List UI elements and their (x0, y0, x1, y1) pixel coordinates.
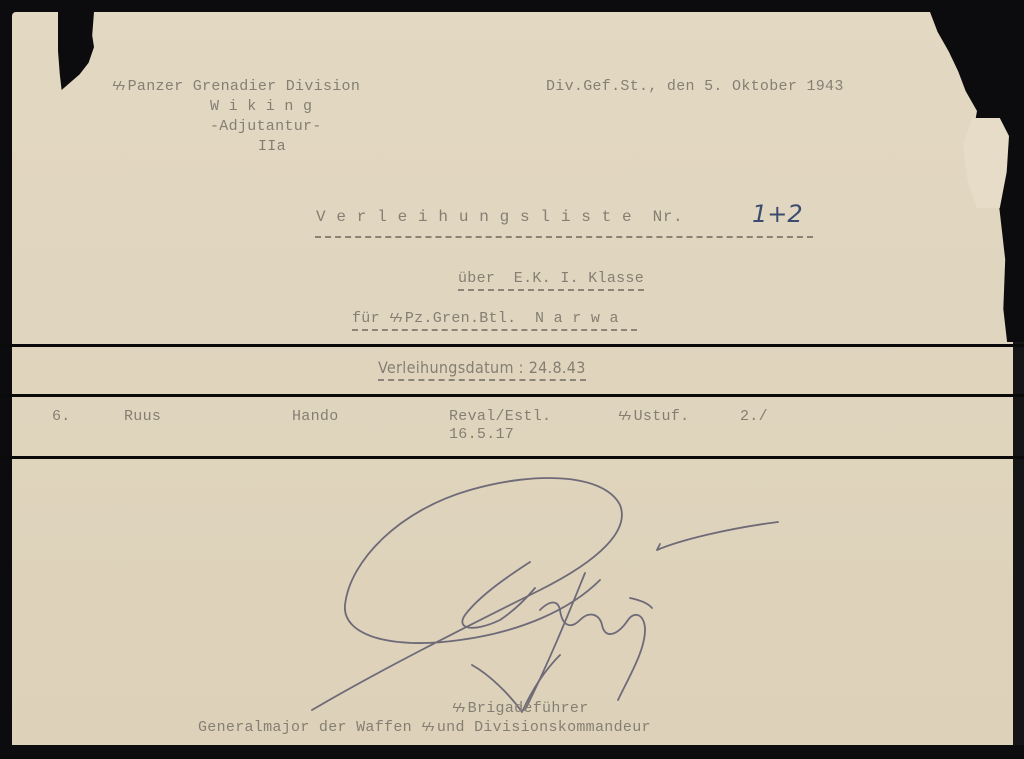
dateline: Div.Gef.St., den 5. Oktober 1943 (546, 78, 844, 95)
signer-title-suffix: und Divisionskommandeur (437, 719, 651, 736)
signer-rank-line: ϟϟBrigadeführer (452, 700, 589, 717)
document-title: V e r l e i h u n g s l i s t e Nr. (316, 208, 683, 226)
overlay-divider-3 (0, 456, 1024, 459)
entry-rank: ϟϟUstuf. (618, 408, 689, 425)
overlay-divider-2 (0, 394, 1024, 397)
ss-runes-icon: ϟϟ (421, 720, 433, 735)
office-name: -Adjutantur- (210, 118, 322, 135)
signature-scribble-icon (300, 460, 800, 720)
entry-unit: 2./ (740, 408, 768, 425)
unit-prefix: für (352, 310, 380, 327)
signer-title-prefix: Generalmajor der Waffen (198, 719, 412, 736)
entry-birthplace: Reval/Estl. (449, 408, 551, 425)
entry-surname: Ruus (124, 408, 161, 425)
overlay-divider-1 (0, 344, 1024, 347)
section-code: IIa (258, 138, 286, 155)
entry-number: 6. (52, 408, 71, 425)
entry-birthdate: 16.5.17 (449, 426, 514, 443)
handwritten-list-number: 1+2 (752, 200, 803, 228)
rank-abbrev: Ustuf. (634, 408, 690, 425)
award-name: über E.K. I. Klasse (458, 270, 644, 291)
ss-runes-icon: ϟϟ (112, 79, 124, 94)
award-date: Verleihungsdatum : 24.8.43 (378, 358, 586, 381)
title-label: V e r l e i h u n g s l i s t e Nr. (316, 208, 683, 226)
award-date-line: Verleihungsdatum : 24.8.43 (378, 358, 586, 377)
bottom-border (0, 745, 1024, 759)
award-line: über E.K. I. Klasse (458, 270, 644, 287)
letterhead-unit-line: ϟϟPanzer Grenadier Division (112, 78, 360, 95)
division-name: W i k i n g (210, 98, 312, 115)
signer-title-line: Generalmajor der Waffen ϟϟund Divisionsk… (198, 719, 651, 736)
title-underline (315, 236, 813, 238)
battalion-name: Pz.Gren.Btl. N a r w a (405, 310, 619, 327)
signer-rank: Brigadeführer (468, 700, 589, 717)
right-border (1013, 342, 1024, 759)
unit-line: für ϟϟPz.Gren.Btl. N a r w a (352, 310, 637, 327)
entry-first-name: Hando (292, 408, 339, 425)
unit-name: Panzer Grenadier Division (128, 78, 361, 95)
ss-runes-icon: ϟϟ (618, 409, 630, 424)
ss-runes-icon: ϟϟ (389, 311, 401, 326)
ss-runes-icon: ϟϟ (452, 701, 464, 716)
